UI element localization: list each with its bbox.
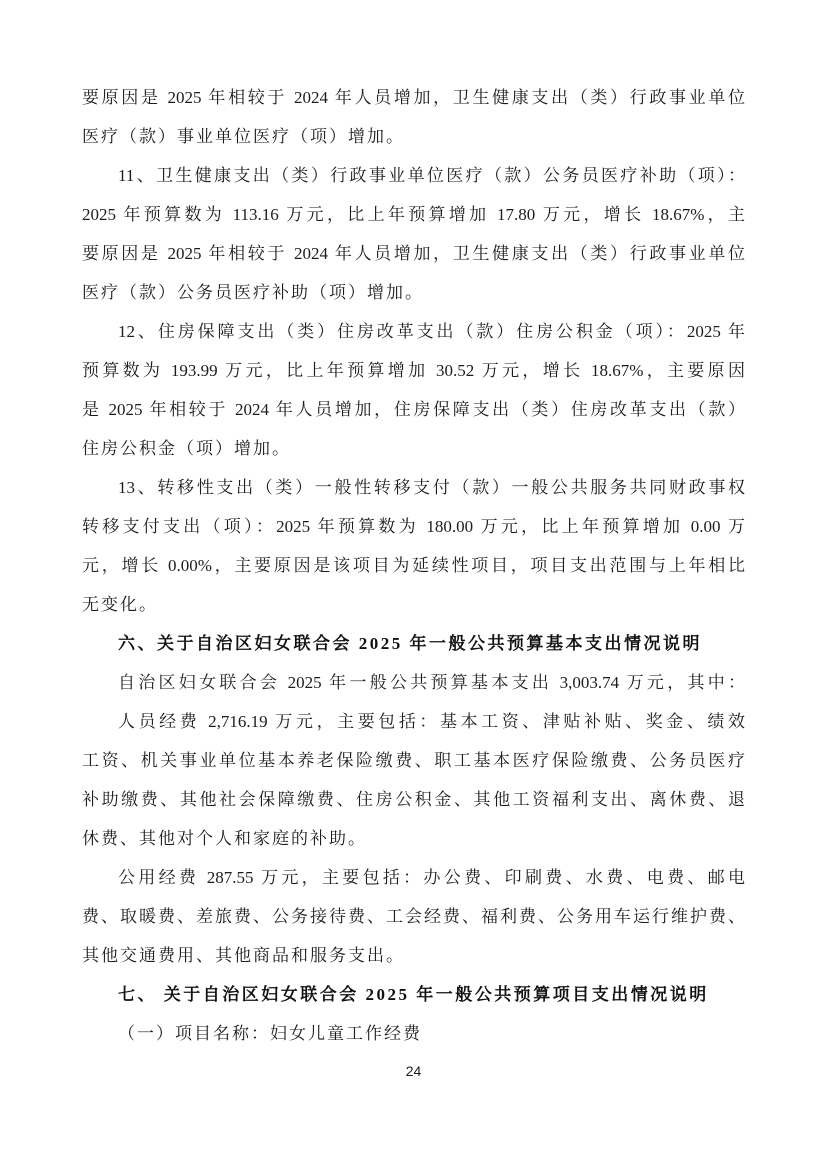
paragraph-line: 人员经费 2,716.19 万元，主要包括：基本工资、津贴补贴、奖金、绩效 <box>82 702 745 741</box>
paragraph-line: 工资、机关事业单位基本养老保险缴费、职工基本医疗保险缴费、公务员医疗 <box>82 741 745 780</box>
section-7-heading: 七、 关于自治区妇女联合会 2025 年一般公共预算项目支出情况说明 <box>82 975 745 1014</box>
item-11-line: 11、卫生健康支出（类）行政事业单位医疗（款）公务员医疗补助（项）： <box>82 156 745 195</box>
paragraph-line: 医疗（款）事业单位医疗（项）增加。 <box>82 117 745 156</box>
paragraph-line: 2025 年预算数为 113.16 万元，比上年预算增加 17.80 万元，增长… <box>82 195 745 234</box>
paragraph-line: 自治区妇女联合会 2025 年一般公共预算基本支出 3,003.74 万元，其中… <box>82 663 745 702</box>
paragraph-line: 要原因是 2025 年相较于 2024 年人员增加，卫生健康支出（类）行政事业单… <box>82 78 745 117</box>
paragraph-line: 公用经费 287.55 万元，主要包括：办公费、印刷费、水费、电费、邮电 <box>82 858 745 897</box>
document-content: 要原因是 2025 年相较于 2024 年人员增加，卫生健康支出（类）行政事业单… <box>82 78 745 1053</box>
project-name-line: （一）项目名称：妇女儿童工作经费 <box>82 1014 745 1053</box>
paragraph-line: 其他交通费用、其他商品和服务支出。 <box>82 936 745 975</box>
paragraph-line: 休费、其他对个人和家庭的补助。 <box>82 819 745 858</box>
section-6-heading: 六、关于自治区妇女联合会 2025 年一般公共预算基本支出情况说明 <box>82 624 745 663</box>
paragraph-line: 住房公积金（项）增加。 <box>82 429 745 468</box>
item-12-line: 12、住房保障支出（类）住房改革支出（款）住房公积金（项）：2025 年 <box>82 312 745 351</box>
item-13-line: 13、转移性支出（类）一般性转移支付（款）一般公共服务共同财政事权 <box>82 468 745 507</box>
paragraph-line: 是 2025 年相较于 2024 年人员增加，住房保障支出（类）住房改革支出（款… <box>82 390 745 429</box>
paragraph-line: 费、取暖费、差旅费、公务接待费、工会经费、福利费、公务用车运行维护费、 <box>82 897 745 936</box>
paragraph-line: 要原因是 2025 年相较于 2024 年人员增加，卫生健康支出（类）行政事业单… <box>82 234 745 273</box>
paragraph-line: 转移支付支出（项）：2025 年预算数为 180.00 万元，比上年预算增加 0… <box>82 507 745 546</box>
paragraph-line: 预算数为 193.99 万元，比上年预算增加 30.52 万元，增长 18.67… <box>82 351 745 390</box>
page-number: 24 <box>0 1063 827 1079</box>
paragraph-line: 补助缴费、其他社会保障缴费、住房公积金、其他工资福利支出、离休费、退 <box>82 780 745 819</box>
document-page: 要原因是 2025 年相较于 2024 年人员增加，卫生健康支出（类）行政事业单… <box>0 0 827 1170</box>
paragraph-line: 元，增长 0.00%，主要原因是该项目为延续性项目，项目支出范围与上年相比 <box>82 546 745 585</box>
paragraph-line: 无变化。 <box>82 585 745 624</box>
paragraph-line: 医疗（款）公务员医疗补助（项）增加。 <box>82 273 745 312</box>
